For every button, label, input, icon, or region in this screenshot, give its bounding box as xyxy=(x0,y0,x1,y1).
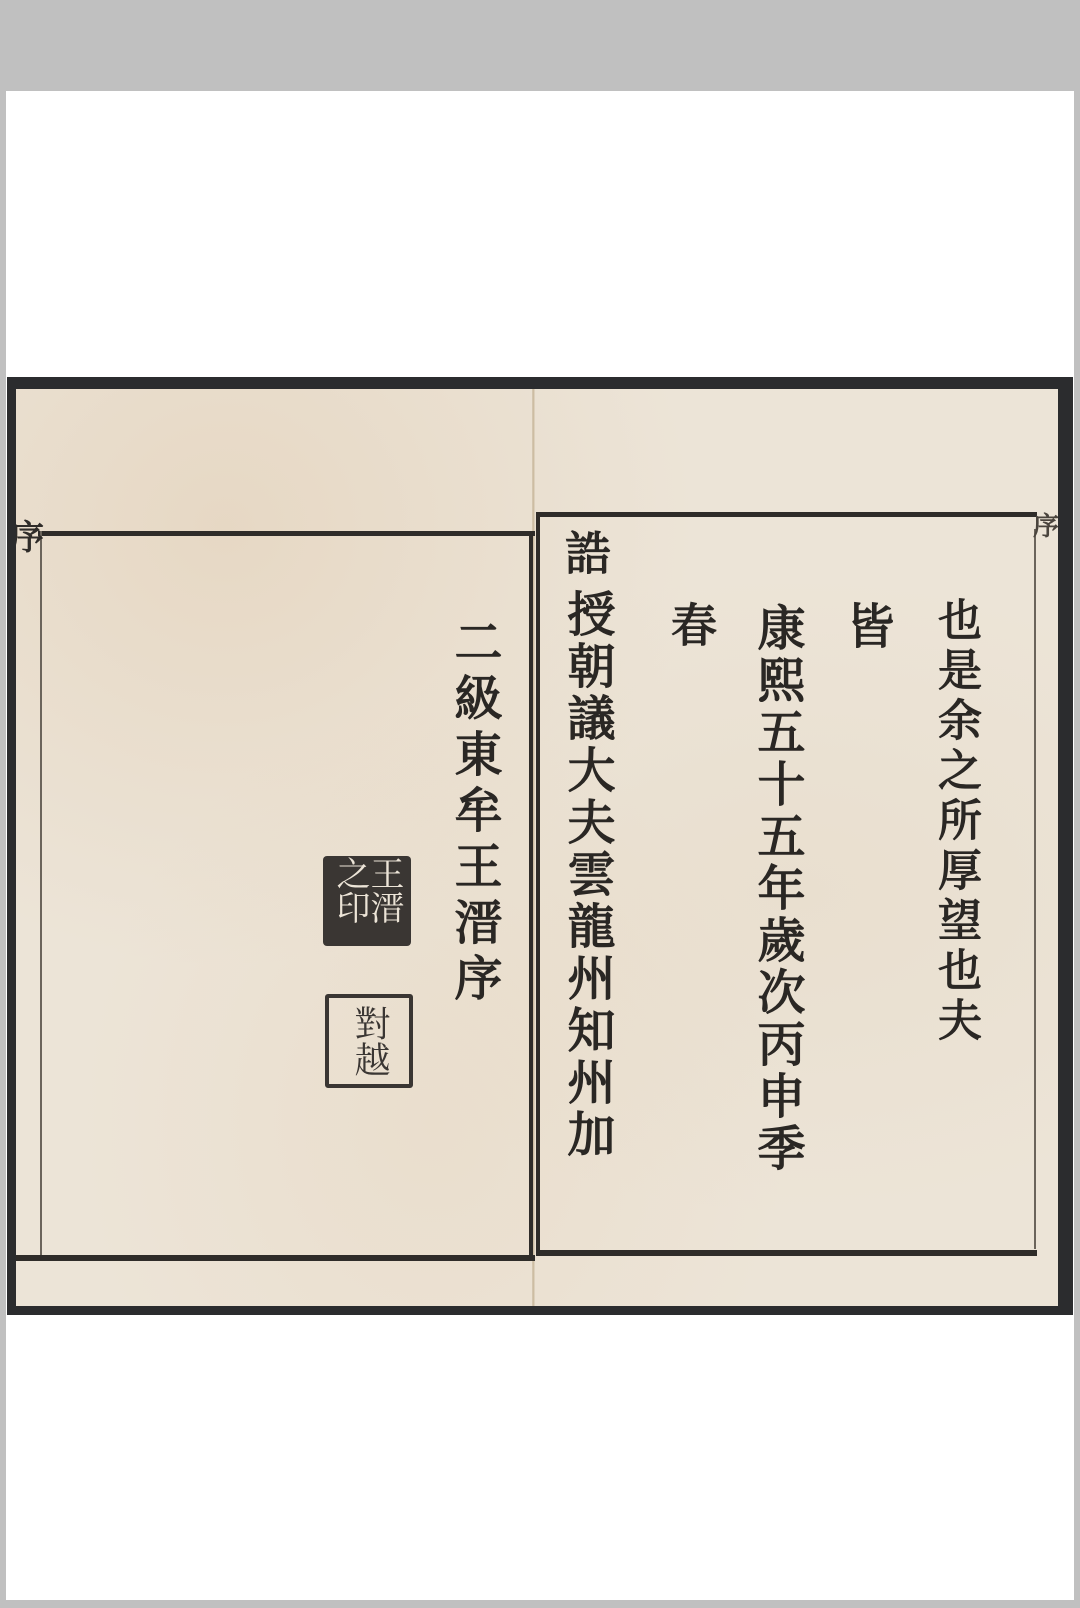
right-page-inner-rule xyxy=(536,512,540,1256)
book-scan-image: 序 序 也是余之所厚望也夫 皆 康熙五十五年歲次丙申季 春 誥 授朝議大夫雲龍州… xyxy=(7,377,1073,1315)
right-margin-glyph: 序 xyxy=(1033,514,1058,540)
left-page-inner-rule xyxy=(529,531,533,1261)
text-column-1: 也是余之所厚望也夫 xyxy=(933,597,977,1047)
right-page-bottom-rule xyxy=(537,1250,1037,1256)
right-page-outer-rule xyxy=(1034,529,1036,1249)
right-page-top-rule xyxy=(537,512,1037,517)
text-column-3: 康熙五十五年歲次丙申季 xyxy=(753,603,801,1175)
seal-zhuwen: 對越 xyxy=(325,994,413,1088)
text-column-2: 皆 xyxy=(842,601,890,649)
left-page-bottom-rule xyxy=(16,1255,535,1261)
text-column-5: 授朝議大夫雲龍州知州加 xyxy=(563,589,611,1161)
text-column-4: 春 xyxy=(668,601,714,647)
left-page-outer-rule xyxy=(40,531,42,1255)
left-page-top-rule xyxy=(38,531,535,536)
left-margin-glyph: 序 xyxy=(16,521,44,555)
text-column-5-head: 誥 xyxy=(562,529,608,575)
seal-baiwen: 王溍之印 xyxy=(323,856,411,946)
seal-zhuwen-text: 對越 xyxy=(351,1005,387,1077)
signature-column: 二級東牟王溍序 xyxy=(450,617,498,1009)
seal-baiwen-text: 王溍之印 xyxy=(333,856,401,946)
book-paper: 序 序 也是余之所厚望也夫 皆 康熙五十五年歲次丙申季 春 誥 授朝議大夫雲龍州… xyxy=(16,389,1058,1306)
